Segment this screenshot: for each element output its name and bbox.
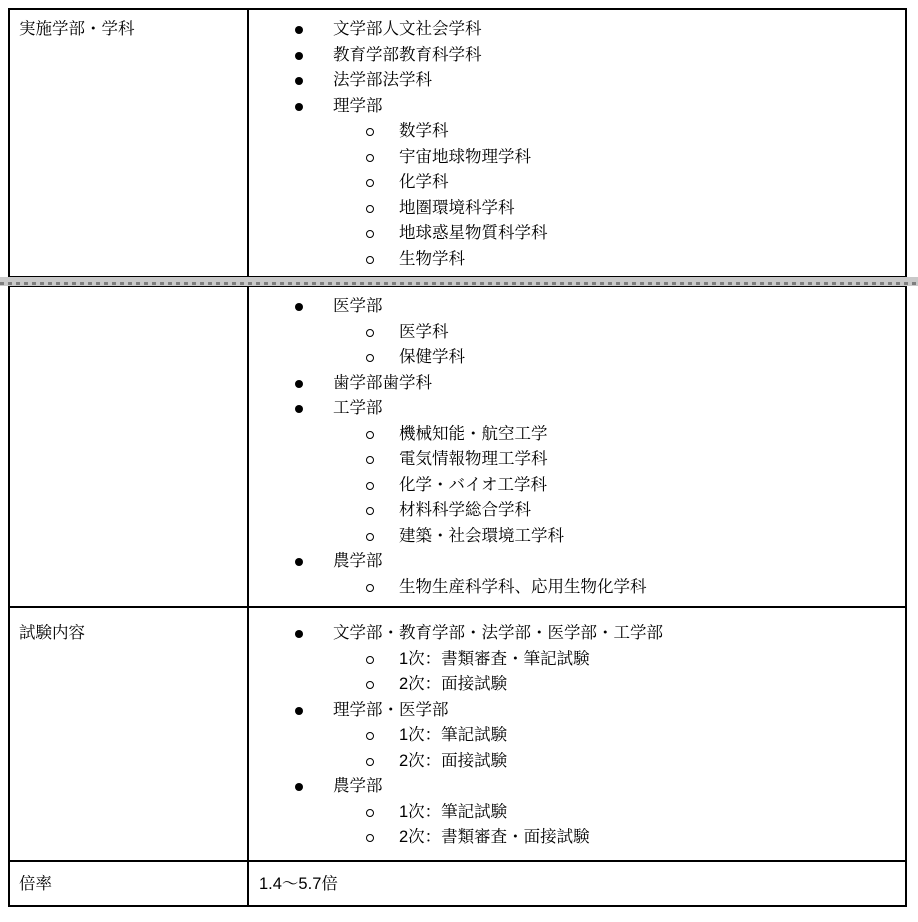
list-item: 材料科学総合学科 (249, 498, 905, 524)
list-item-text: 医学部 (333, 297, 383, 315)
bullet-circle-icon (366, 758, 374, 766)
bullet-circle-icon (366, 154, 374, 162)
list-item-text: 1次：筆記試験 (399, 726, 507, 744)
list-item: 保健学科 (249, 345, 905, 371)
table-row-exam: 試験内容 文学部・教育学部・法学部・医学部・工学部1次：書類審査・筆記試験2次：… (8, 608, 907, 862)
bullet-circle-icon (366, 507, 374, 515)
list-item-text: 地球惑星物質科学科 (399, 224, 548, 242)
list-item-text: 数学科 (399, 122, 449, 140)
bullet-circle-icon (366, 205, 374, 213)
bullet-disc-icon (295, 783, 303, 791)
list-item-text: 材料科学総合学科 (399, 501, 531, 519)
exam-list: 文学部・教育学部・法学部・医学部・工学部1次：書類審査・筆記試験2次：面接試験理… (249, 608, 905, 860)
bullet-circle-icon (366, 482, 374, 490)
list-item-text: 文学部・教育学部・法学部・医学部・工学部 (333, 624, 663, 642)
list-item-text: 地圏環境科学科 (399, 199, 515, 217)
bullet-circle-icon (366, 809, 374, 817)
bullet-circle-icon (366, 584, 374, 592)
list-item: 1次：筆記試験 (249, 800, 905, 826)
list-item-text: 生物生産科学科、応用生物化学科 (399, 578, 647, 596)
list-item: 化学・バイオ工学科 (249, 473, 905, 499)
list-item: 数学科 (249, 119, 905, 145)
list-item: 医学部 (249, 294, 905, 320)
list-item: 文学部・教育学部・法学部・医学部・工学部 (249, 621, 905, 647)
bullet-disc-icon (295, 26, 303, 34)
header-cell-exam: 試験内容 (10, 608, 249, 860)
list-item: 地球惑星物質科学科 (249, 221, 905, 247)
list-item-text: 文学部人文社会学科 (333, 20, 482, 38)
bullet-circle-icon (366, 128, 374, 136)
list-item-text: 理学部・医学部 (333, 701, 449, 719)
header-cell-faculties: 実施学部・学科 (10, 10, 249, 276)
list-item: 生物学科 (249, 247, 905, 273)
list-item-text: 1次：書類審査・筆記試験 (399, 650, 590, 668)
list-item: 生物生産科学科、応用生物化学科 (249, 575, 905, 601)
list-item-text: 保健学科 (399, 348, 465, 366)
list-item: 1次：書類審査・筆記試験 (249, 647, 905, 673)
list-item: 理学部・医学部 (249, 698, 905, 724)
bullet-disc-icon (295, 707, 303, 715)
ratio-value: 1.4〜5.7倍 (249, 862, 905, 905)
list-item: 工学部 (249, 396, 905, 422)
list-item: 理学部 (249, 94, 905, 120)
bullet-disc-icon (295, 558, 303, 566)
list-item: 1次：筆記試験 (249, 723, 905, 749)
list-item-text: 化学・バイオ工学科 (399, 476, 547, 494)
list-item: 歯学部歯学科 (249, 371, 905, 397)
document-table: 実施学部・学科 文学部人文社会学科教育学部教育科学科法学部法学科理学部数学科宇宙… (8, 8, 907, 907)
bullet-circle-icon (366, 230, 374, 238)
bullet-circle-icon (366, 256, 374, 264)
bullet-circle-icon (366, 533, 374, 541)
list-item-text: 1次：筆記試験 (399, 803, 507, 821)
bullet-circle-icon (366, 732, 374, 740)
list-item: 宇宙地球物理学科 (249, 145, 905, 171)
list-item-text: 法学部法学科 (333, 71, 432, 89)
list-item-text: 生物学科 (399, 250, 465, 268)
list-item-text: 2次：面接試験 (399, 752, 507, 770)
table-row-faculties-part1: 実施学部・学科 文学部人文社会学科教育学部教育科学科法学部法学科理学部数学科宇宙… (8, 8, 907, 277)
list-item: 2次：面接試験 (249, 749, 905, 775)
list-item-text: 農学部 (333, 552, 383, 570)
bullet-disc-icon (295, 630, 303, 638)
list-item: 医学科 (249, 320, 905, 346)
list-item-text: 建築・社会環境工学科 (399, 527, 564, 545)
bullet-circle-icon (366, 456, 374, 464)
list-item: 電気情報物理工学科 (249, 447, 905, 473)
list-item: 化学科 (249, 170, 905, 196)
bullet-disc-icon (295, 77, 303, 85)
bullet-disc-icon (295, 380, 303, 388)
bullet-disc-icon (295, 405, 303, 413)
list-item-text: 2次：面接試験 (399, 675, 507, 693)
list-item: 農学部 (249, 774, 905, 800)
bullet-circle-icon (366, 431, 374, 439)
faculty-list-part2: 医学部医学科保健学科歯学部歯学科工学部機械知能・航空工学電気情報物理工学科化学・… (249, 287, 905, 606)
list-item-text: 農学部 (333, 777, 383, 795)
list-item: 2次：書類審査・面接試験 (249, 825, 905, 851)
list-item-text: 医学科 (399, 323, 449, 341)
page-break-indicator (0, 277, 918, 286)
list-item-text: 電気情報物理工学科 (399, 450, 548, 468)
bullet-circle-icon (366, 329, 374, 337)
list-item-text: 教育学部教育科学科 (333, 46, 482, 64)
list-item-text: 宇宙地球物理学科 (399, 148, 531, 166)
list-item-text: 機械知能・航空工学 (399, 425, 548, 443)
bullet-circle-icon (366, 656, 374, 664)
table-row-faculties-part2: 医学部医学科保健学科歯学部歯学科工学部機械知能・航空工学電気情報物理工学科化学・… (8, 286, 907, 608)
header-cell-faculties-continued (10, 287, 249, 606)
table-row-ratio: 倍率 1.4〜5.7倍 (8, 862, 907, 907)
list-item: 農学部 (249, 549, 905, 575)
bullet-circle-icon (366, 681, 374, 689)
row-header-label: 実施学部・学科 (19, 20, 135, 38)
list-item: 機械知能・航空工学 (249, 422, 905, 448)
bullet-disc-icon (295, 52, 303, 60)
bullet-disc-icon (295, 303, 303, 311)
list-item: 地圏環境科学科 (249, 196, 905, 222)
ratio-value-text: 1.4〜5.7倍 (259, 875, 338, 893)
list-item-text: 理学部 (333, 97, 383, 115)
row-header-label: 倍率 (19, 875, 52, 893)
list-item: 教育学部教育科学科 (249, 43, 905, 69)
faculty-list-part1: 文学部人文社会学科教育学部教育科学科法学部法学科理学部数学科宇宙地球物理学科化学… (249, 10, 905, 276)
header-cell-ratio: 倍率 (10, 862, 249, 905)
list-item: 建築・社会環境工学科 (249, 524, 905, 550)
list-item-text: 化学科 (399, 173, 449, 191)
bullet-circle-icon (366, 354, 374, 362)
list-item-text: 工学部 (333, 399, 383, 417)
list-item-text: 2次：書類審査・面接試験 (399, 828, 590, 846)
bullet-circle-icon (366, 834, 374, 842)
list-item: 2次：面接試験 (249, 672, 905, 698)
bullet-disc-icon (295, 103, 303, 111)
bullet-circle-icon (366, 179, 374, 187)
list-item: 法学部法学科 (249, 68, 905, 94)
list-item: 文学部人文社会学科 (249, 17, 905, 43)
list-item-text: 歯学部歯学科 (333, 374, 432, 392)
row-header-label: 試験内容 (19, 624, 85, 642)
